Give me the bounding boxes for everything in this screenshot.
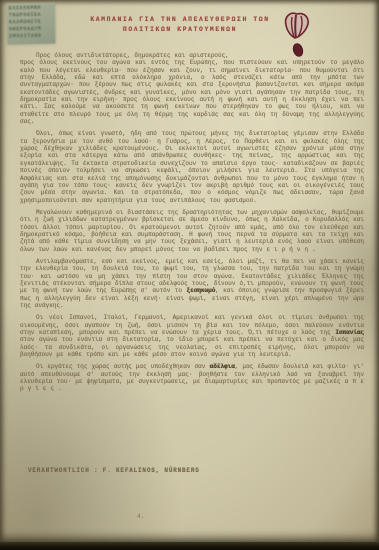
paragraph-text: Οι νέοι Ισπανοί, Ιταλοί, Γερμανοί, Αμερι… bbox=[20, 314, 364, 336]
scan-edge bbox=[0, 542, 379, 550]
paragraph: Αντιλαμβανόμαστε, εσύ και εκείνος, εμείς… bbox=[20, 258, 364, 309]
paragraph-text: προς όλους εκείνους του αγώνα και εντός … bbox=[20, 59, 364, 125]
imprint-line: VERANTWORTLICH : F. KEFALINOS, NÜRNBERG bbox=[28, 467, 200, 474]
document-title: ΚΑΜΠΑΝΙΑ ΓΙΑ ΤΗΝ ΑΠΕΛΕΥΘΕΡΩΣΗ ΤΩΝ ΠΟΛΙΤΙ… bbox=[40, 15, 320, 35]
overstruck-word: ξεσηκωμό bbox=[186, 287, 215, 294]
overstruck-word: Ισπανίας bbox=[335, 329, 364, 336]
overstruck-word: αδέλφια bbox=[210, 363, 235, 370]
typed-body: Προς όλους αντιδικτάτορες, δημοκράτες κα… bbox=[20, 52, 364, 398]
paragraph: Όλοι, όπως είναι γνωστό, ήδη από τους πρ… bbox=[20, 130, 364, 203]
scanned-document: ΕΛΣΑΧΚΜΒΗ ΤΝΔΡΟΗΙΕΑ ΚΑΛΜΩΝΣΤΕ ΗΒΕΡΟΑΔΥΜ … bbox=[0, 0, 379, 550]
paragraph: Οι εργάτες της χώρας αυτής μας υποδέχθηκ… bbox=[20, 363, 364, 392]
paragraph: Οι νέοι Ισπανοί, Ιταλοί, Γερμανοί, Αμερι… bbox=[20, 314, 364, 358]
title-line-2: ΠΟΛΙΤΙΚΩΝ ΚΡΑΤΟΥΜΕΝΩΝ bbox=[40, 25, 320, 35]
paragraph-text: Όλοι, όπως είναι γνωστό, ήδη από τους πρ… bbox=[20, 130, 364, 203]
paragraph-text: Μεγαλώνουν καθημερινά οι διαστάσεις της … bbox=[20, 209, 364, 253]
paragraph: προς όλους εκείνους του αγώνα και εντός … bbox=[20, 59, 364, 125]
title-line-1: ΚΑΜΠΑΝΙΑ ΓΙΑ ΤΗΝ ΑΠΕΛΕΥΘΕΡΩΣΗ ΤΩΝ bbox=[40, 15, 320, 25]
paragraph-text: στον αγώνα του ενάντια στη δικτατορία, τ… bbox=[20, 336, 364, 358]
page-number: 4. bbox=[137, 513, 144, 520]
paragraph: Μεγαλώνουν καθημερινά οι διαστάσεις της … bbox=[20, 209, 364, 253]
paragraph-text: Προς όλους αντιδικτάτορες, δημοκράτες κα… bbox=[36, 52, 229, 59]
salutation-line: Προς όλους αντιδικτάτορες, δημοκράτες κα… bbox=[20, 52, 364, 59]
paragraph-text: Οι εργάτες της χώρας αυτής μας υποδέχθηκ… bbox=[36, 363, 210, 370]
